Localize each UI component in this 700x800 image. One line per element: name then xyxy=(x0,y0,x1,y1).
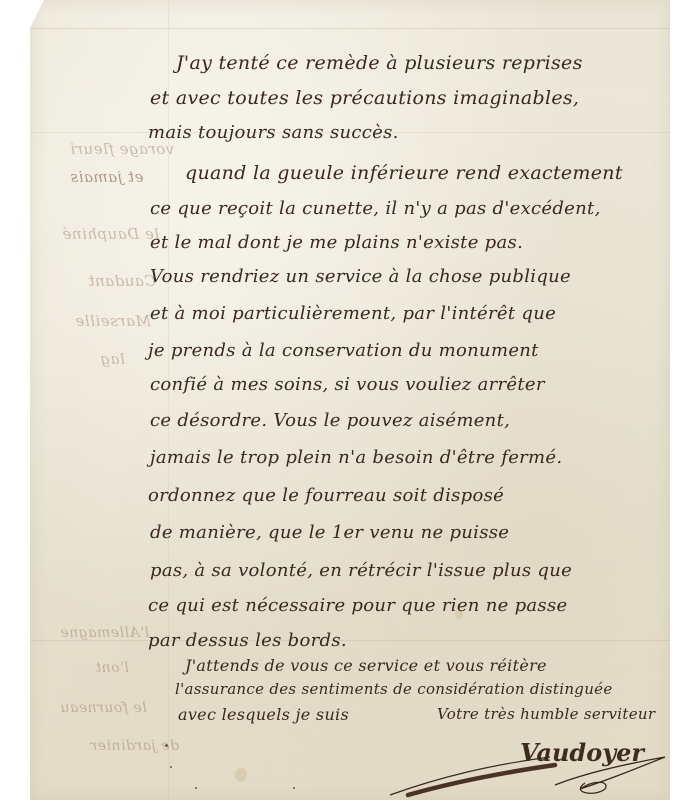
ink-speck xyxy=(170,766,172,768)
letter-line: je prends à la conservation du monument xyxy=(148,340,539,361)
letter-line: et avec toutes les précautions imaginabl… xyxy=(150,87,579,109)
bleed-through-text: le fourneau xyxy=(60,700,147,716)
bleed-through-text: le Dauphiné xyxy=(62,225,159,243)
torn-corner xyxy=(30,0,44,28)
letter-line: par dessus les bords. xyxy=(148,630,347,651)
closing-line: avec lesquels je suis xyxy=(178,705,349,724)
bleed-through-text: Caudant xyxy=(88,272,156,290)
paper-stain xyxy=(235,768,247,782)
letter-line: quand la gueule inférieure rend exacteme… xyxy=(185,162,623,184)
bleed-through-text: lag xyxy=(100,350,125,368)
signature-flourish-icon xyxy=(380,735,680,800)
fold-line xyxy=(30,28,670,29)
letter-line: et à moi particulièrement, par l'intérêt… xyxy=(150,303,556,324)
letter-line: jamais le trop plein n'a besoin d'être f… xyxy=(150,447,562,468)
bleed-through-text: l'Allemagne xyxy=(60,625,149,641)
letter-line: ce qui est nécessaire pour que rien ne p… xyxy=(148,595,567,616)
letter-line: Vous rendriez un service à la chose publ… xyxy=(150,266,571,287)
letter-line: ce désordre. Vous le pouvez aisément, xyxy=(150,410,510,431)
fold-line xyxy=(168,0,169,800)
ink-speck xyxy=(195,787,197,789)
closing-line: J'attends de vous ce service et vous réi… xyxy=(185,656,547,675)
letter-line: confié à mes soins, si vous vouliez arrê… xyxy=(150,374,545,395)
bleed-through-text: et jamais xyxy=(70,168,143,186)
letter-line: J'ay tenté ce remède à plusieurs reprise… xyxy=(176,52,583,74)
valediction: Votre très humble serviteur xyxy=(437,705,655,723)
ink-speck xyxy=(293,787,295,789)
letter-line: ce que reçoit la cunette, il n'y a pas d… xyxy=(150,198,601,219)
bleed-through-text: Marseille xyxy=(75,312,151,330)
bleed-through-text: de jardinier xyxy=(90,738,179,754)
closing-line: l'assurance des sentiments de considérat… xyxy=(175,680,613,698)
letter-line: et le mal dont je me plains n'existe pas… xyxy=(150,232,523,253)
letter-line: de manière, que le 1er venu ne puisse xyxy=(150,522,509,543)
letter-line: pas, à sa volonté, en rétrécir l'issue p… xyxy=(150,560,572,581)
bleed-through-text: l'ont xyxy=(95,660,129,676)
letter-line: ordonnez que le fourreau soit disposé xyxy=(148,485,504,506)
letter-line: mais toujours sans succès. xyxy=(148,122,399,143)
